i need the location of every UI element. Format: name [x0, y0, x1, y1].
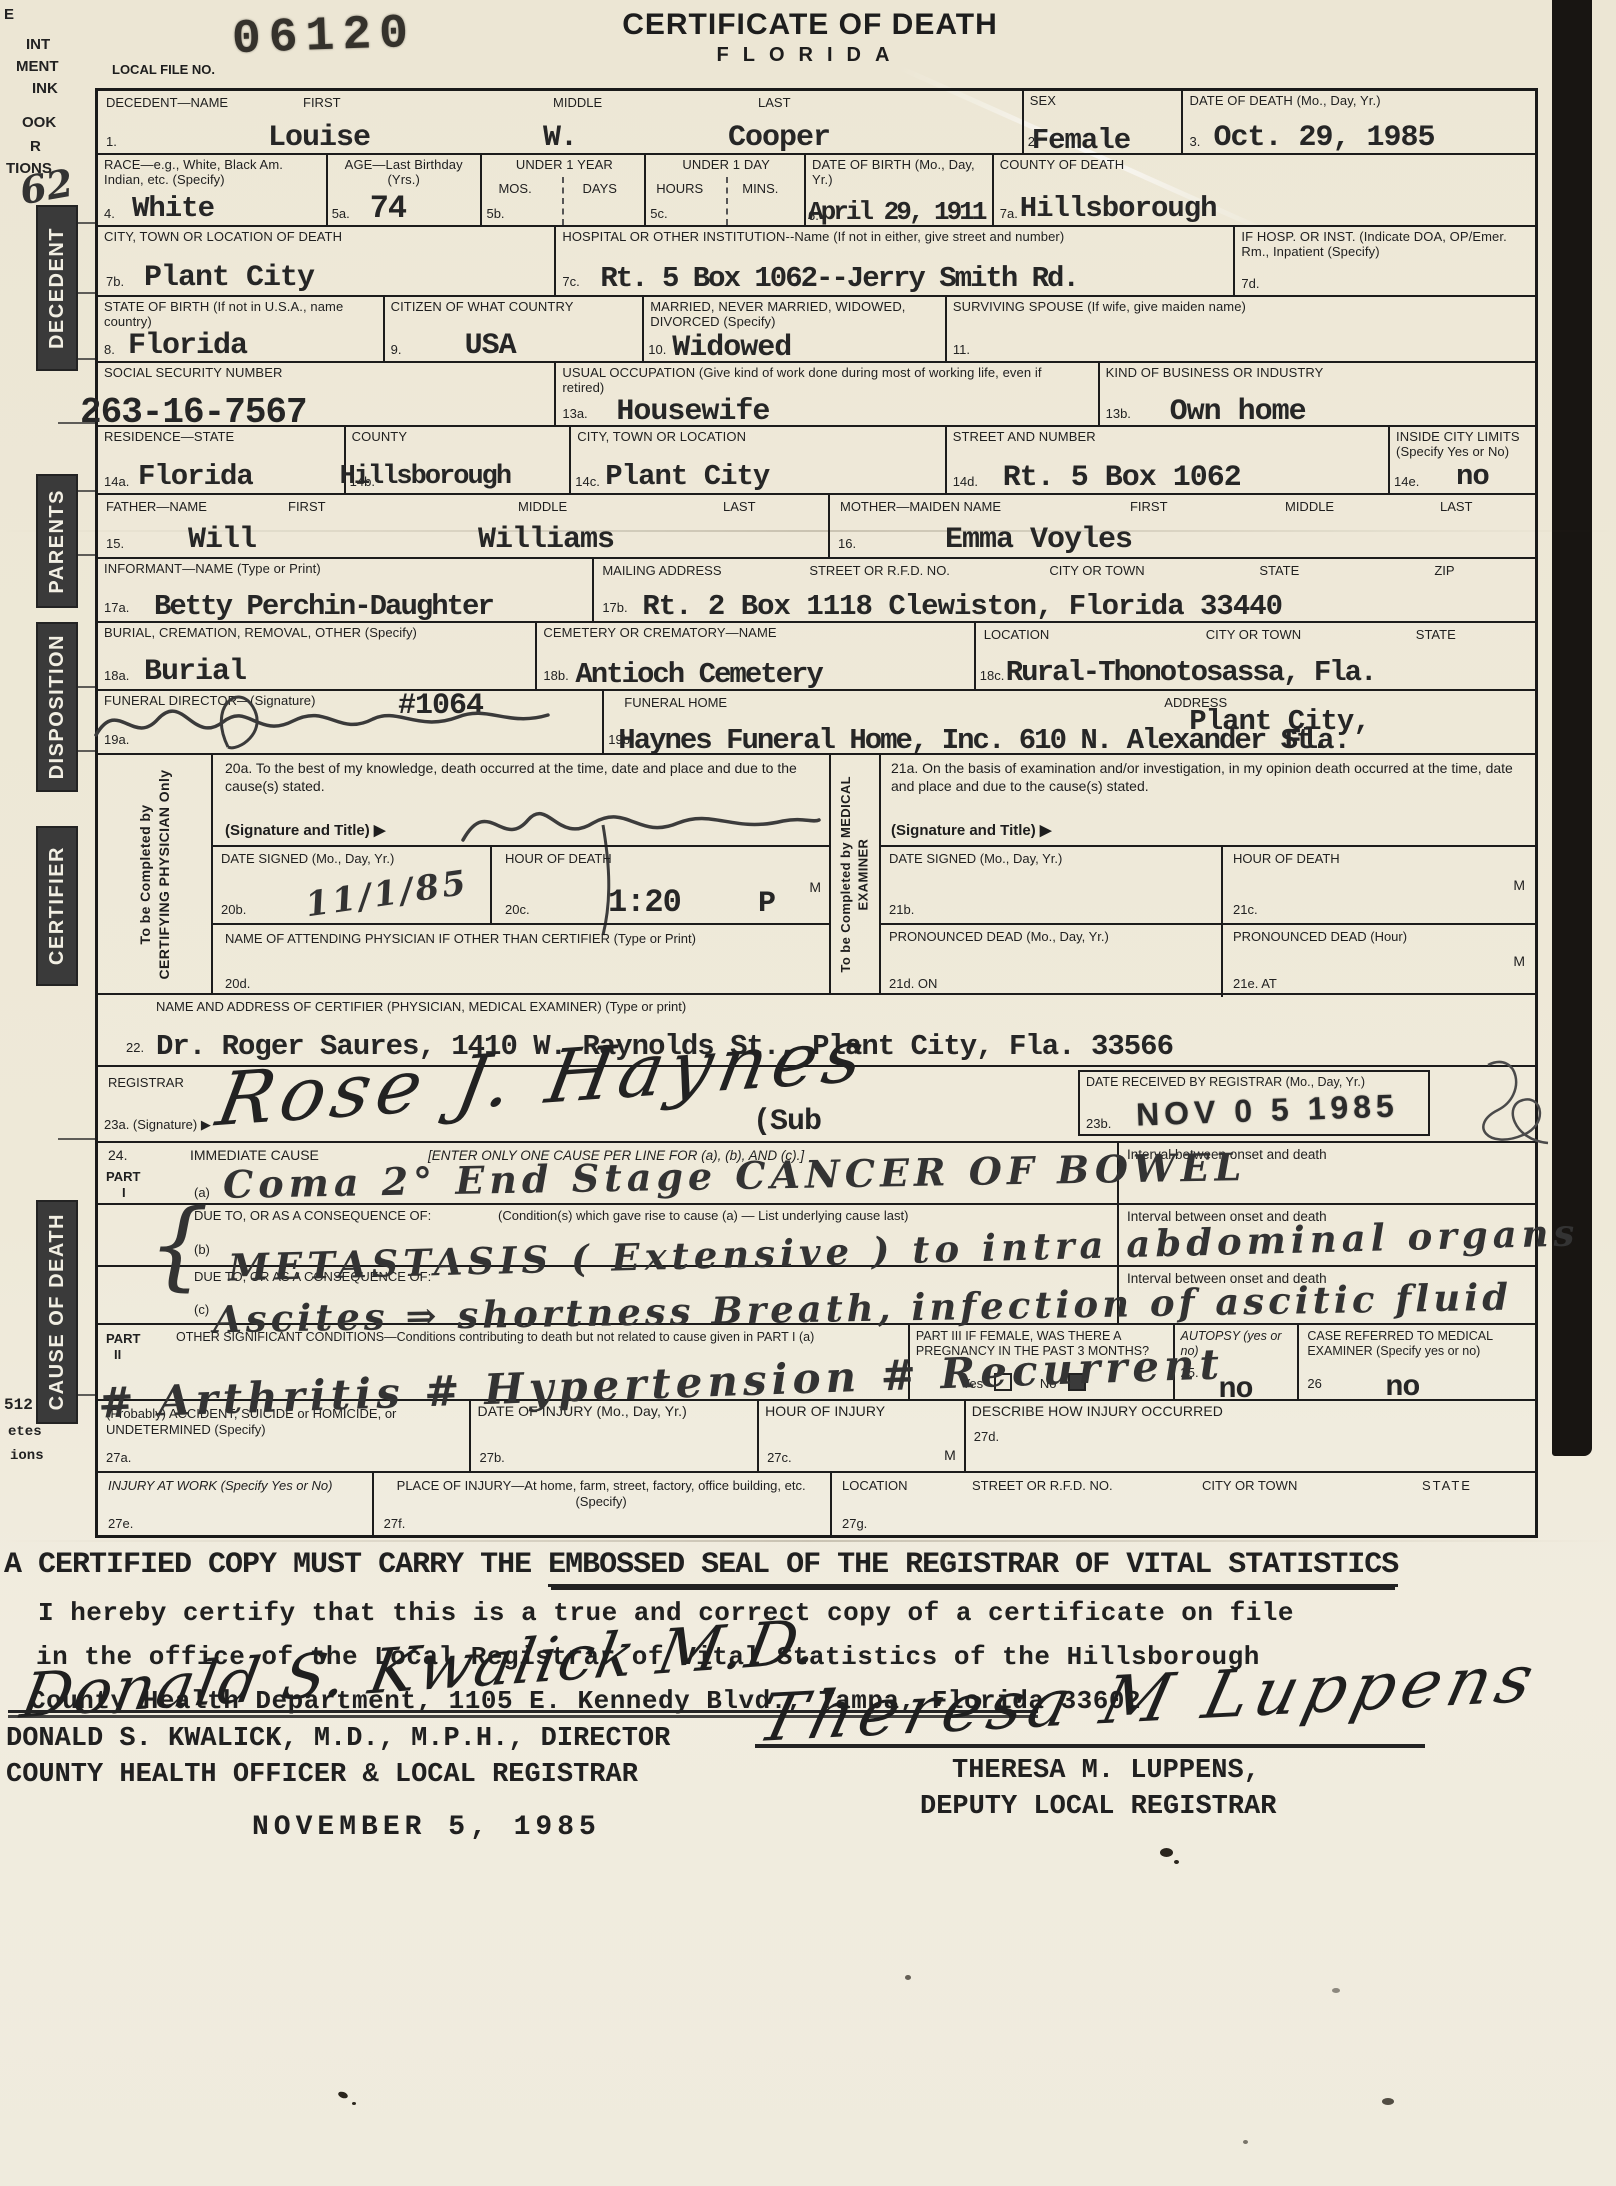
- value-last-name: Cooper: [728, 123, 830, 153]
- field-number: 21e. AT: [1233, 976, 1277, 991]
- label-m: M: [944, 1447, 956, 1463]
- section-badge-disposition: DISPOSITION: [36, 622, 78, 792]
- field-label: PLACE OF INJURY—At home, farm, street, f…: [384, 1478, 819, 1511]
- section-badge-certifier: CERTIFIER: [36, 826, 78, 986]
- field-injury-location: LOCATION STREET OR R.F.D. NO. CITY OR TO…: [830, 1473, 1535, 1535]
- field-label: CITY, TOWN OR LOCATION: [571, 427, 944, 445]
- value-state-of-birth: Florida: [128, 331, 247, 361]
- page-title: CERTIFICATE OF DEATH: [470, 8, 1150, 42]
- field-number: 27b.: [479, 1450, 504, 1465]
- margin-fragment: INK: [32, 80, 58, 97]
- field-date-of-death: DATE OF DEATH (Mo., Day, Yr.) 3. Oct. 29…: [1181, 91, 1535, 153]
- date-received-stamp: NOV 0 5 1985: [1135, 1087, 1399, 1133]
- value-date-of-death: Oct. 29, 1985: [1213, 123, 1434, 153]
- ink-speck: [352, 2102, 356, 2105]
- field-number: 14d.: [953, 474, 978, 489]
- value-residence-county: Hillsborough: [340, 464, 510, 491]
- sublabel-minutes: MINS.: [742, 181, 778, 196]
- field-number: 27a.: [106, 1450, 131, 1465]
- field-label: IF HOSP. OR INST. (Indicate DOA, OP/Emer…: [1235, 227, 1530, 259]
- field-label: LOCATION: [984, 627, 1050, 642]
- cell-divider: [1221, 847, 1223, 923]
- row-injury-2: INJURY AT WORK (Specify Yes or No) 27e. …: [98, 1471, 1535, 1535]
- section-badge-label: PARENTS: [46, 489, 69, 594]
- field-informant: INFORMANT—NAME (Type or Print) 17a. Bett…: [98, 559, 592, 621]
- value-age: 74: [370, 193, 406, 225]
- field-date-of-birth: DATE OF BIRTH (Mo., Day, Yr.) 6. April 2…: [804, 155, 992, 225]
- field-label: CEMETERY OR CREMATORY—NAME: [537, 623, 973, 641]
- field-number: 21b.: [889, 902, 914, 917]
- field-label: STREET AND NUMBER: [947, 427, 1388, 445]
- part-label: PART: [106, 1169, 140, 1184]
- luppens-signature-line: [755, 1744, 1425, 1748]
- sublabel-street: STREET OR R.F.D. NO.: [809, 563, 950, 578]
- field-label: INFORMANT—NAME (Type or Print): [98, 559, 592, 577]
- certificate-form: DECEDENT—NAME FIRST MIDDLE LAST 1. Louis…: [95, 88, 1538, 1538]
- sublabel-months: MOS.: [498, 181, 531, 196]
- field-label: UNDER 1 DAY: [646, 155, 804, 173]
- part-roman: II: [114, 1347, 121, 1362]
- sublabel-first: FIRST: [303, 95, 341, 110]
- sidebar-label: To be Completed by CERTIFYING PHYSICIAN …: [136, 760, 174, 988]
- margin-fragment: OOK: [22, 114, 56, 131]
- field-residence-county: COUNTY 14b. Hillsborough: [344, 427, 570, 493]
- field-city-of-death: CITY, TOWN OR LOCATION OF DEATH 7b. Plan…: [98, 227, 554, 295]
- field-under-1-year: UNDER 1 YEAR MOS. DAYS 5b.: [480, 155, 644, 225]
- field-industry: KIND OF BUSINESS OR INDUSTRY 13b. Own ho…: [1098, 363, 1535, 425]
- ink-speck: [905, 1975, 911, 1980]
- margin-fragment: etes: [8, 1424, 42, 1440]
- field-label: DATE OF DEATH (Mo., Day, Yr.): [1183, 91, 1535, 109]
- section-badge-label: CERTIFIER: [46, 846, 69, 965]
- field-number: 27e.: [108, 1516, 133, 1531]
- field-number: 1.: [106, 134, 117, 149]
- field-number: 3.: [1189, 134, 1200, 149]
- field-funeral-director: FUNERAL DIRECTOR—(Signature) 19a. #1064: [98, 691, 602, 753]
- field-age: AGE—Last Birthday (Yrs.) 5a. 74: [326, 155, 481, 225]
- field-label: STATE OF BIRTH (If not in U.S.A., name c…: [98, 297, 358, 329]
- certified-copy-heading: A CERTIFIED COPY MUST CARRY THE EMBOSSED…: [4, 1548, 1398, 1582]
- field-label: HOUR OF DEATH: [505, 851, 612, 866]
- field-number: 17a.: [104, 600, 129, 615]
- value-middle-name: W.: [543, 123, 577, 153]
- column-divider: [726, 177, 728, 225]
- sublabel-first: FIRST: [288, 499, 326, 514]
- row-registrar: REGISTRAR 23a. (Signature) ▶ Rose J. Hay…: [98, 1065, 1535, 1141]
- cell-divider: [490, 847, 492, 923]
- column-divider: [562, 177, 564, 225]
- row-informant: INFORMANT—NAME (Type or Print) 17a. Bett…: [98, 557, 1535, 621]
- field-inside-city-limits: INSIDE CITY LIMITS (Specify Yes or No) 1…: [1388, 427, 1535, 493]
- handwritten-brace: {: [148, 1197, 209, 1293]
- value-hour-of-death: 1:20: [608, 887, 681, 919]
- field-label: NAME OF ATTENDING PHYSICIAN IF OTHER THA…: [225, 931, 805, 946]
- field-label: KIND OF BUSINESS OR INDUSTRY: [1100, 363, 1535, 381]
- field-number: 8.: [104, 342, 115, 357]
- field-label: RESIDENCE—STATE: [98, 427, 344, 445]
- ink-speck: [1174, 1860, 1179, 1864]
- margin-handwritten-number: 62: [17, 164, 76, 211]
- funeral-director-signature: [88, 677, 588, 757]
- field-label: DATE OF BIRTH (Mo., Day, Yr.): [806, 155, 986, 187]
- value-hospital: Rt. 5 Box 1062--Jerry Smith Rd.: [600, 264, 1078, 293]
- label-m: M: [1513, 953, 1525, 969]
- row-residence: RESIDENCE—STATE 14a. Florida COUNTY 14b.…: [98, 425, 1535, 493]
- sublabel-days: DAYS: [582, 181, 616, 196]
- part-roman: I: [122, 1185, 126, 1200]
- field-label: HOUR OF INJURY: [759, 1401, 964, 1420]
- margin-fragment: MENT: [16, 58, 59, 75]
- value-marital-status: Widowed: [672, 333, 791, 363]
- kwalick-name-line: DONALD S. KWALICK, M.D., M.P.H., DIRECTO…: [6, 1724, 670, 1754]
- line-tag-c: (c): [194, 1302, 209, 1317]
- physician-date-hour: DATE SIGNED (Mo., Day, Yr.) 20b. 11/1/85…: [213, 845, 829, 923]
- value-mailing-address: Rt. 2 Box 1118 Clewiston, Florida 33440: [642, 592, 1282, 621]
- field-number: 22.: [126, 1040, 144, 1055]
- signature-title-label: (Signature and Title) ▶: [891, 821, 1051, 839]
- field-county-of-death: COUNTY OF DEATH 7a. Hillsborough: [992, 155, 1535, 225]
- section-badge-label: CAUSE OF DEATH: [46, 1213, 69, 1410]
- sublabel-middle: MIDDLE: [553, 95, 602, 110]
- sublabel-middle: MIDDLE: [518, 499, 567, 514]
- sublabel-first: FIRST: [1130, 499, 1168, 514]
- field-cemetery: CEMETERY OR CREMATORY—NAME 18b. Antioch …: [535, 623, 973, 689]
- field-label: SOCIAL SECURITY NUMBER: [98, 363, 554, 381]
- field-mother-name: MOTHER—MAIDEN NAME FIRST MIDDLE LAST 16.…: [828, 495, 1535, 557]
- margin-fragment: R: [30, 138, 41, 155]
- value-citizen: USA: [465, 331, 516, 361]
- value-mother-name: Emma Voyles: [945, 525, 1132, 555]
- field-funeral-home: FUNERAL HOME ADDRESS 19b. Haynes Funeral…: [602, 691, 1535, 753]
- sublabel-last: LAST: [723, 499, 756, 514]
- row-funeral: FUNERAL DIRECTOR—(Signature) 19a. #1064 …: [98, 689, 1535, 753]
- value-funeral-home-state: Fla.: [1284, 726, 1350, 755]
- field-number: 23b.: [1086, 1116, 1111, 1131]
- attestation-text: 21a. On the basis of examination and/or …: [891, 760, 1521, 795]
- margin-fragment: ions: [10, 1448, 44, 1464]
- sublabel-city: CITY OR TOWN: [1206, 627, 1301, 642]
- value-cemetery: Antioch Cemetery: [575, 660, 821, 689]
- field-immediate-cause: 24. IMMEDIATE CAUSE [ENTER ONLY ONE CAUS…: [98, 1143, 1117, 1203]
- kwalick-title-line: COUNTY HEALTH OFFICER & LOCAL REGISTRAR: [6, 1760, 638, 1790]
- row-parents: FATHER—NAME FIRST MIDDLE LAST 15. Will W…: [98, 493, 1535, 557]
- value-sex: Female: [1032, 126, 1130, 155]
- section-badge-cause-of-death: CAUSE OF DEATH: [36, 1200, 78, 1424]
- title-block: CERTIFICATE OF DEATH FLORIDA: [470, 8, 1150, 67]
- value-residence-street: Rt. 5 Box 1062: [1003, 463, 1241, 493]
- examiner-date-hour: DATE SIGNED (Mo., Day, Yr.) 21b. HOUR OF…: [881, 845, 1535, 923]
- field-label: DECEDENT—NAME: [106, 95, 228, 110]
- sublabel-last: LAST: [758, 95, 791, 110]
- field-number: 11.: [953, 342, 970, 357]
- field-number: 5b.: [486, 206, 504, 221]
- physician-attestation: 20a. To the best of my knowledge, death …: [213, 755, 829, 845]
- value-informant: Betty Perchin-Daughter: [154, 592, 493, 621]
- ink-speck: [1160, 1848, 1173, 1857]
- value-city-of-death: Plant City: [144, 263, 314, 293]
- field-label: HOUR OF DEATH: [1233, 851, 1340, 866]
- field-number: 20b.: [221, 902, 246, 917]
- section-badge-parents: PARENTS: [36, 474, 78, 608]
- field-hospital: HOSPITAL OR OTHER INSTITUTION--Name (If …: [554, 227, 1233, 295]
- row-cause-a: 24. IMMEDIATE CAUSE [ENTER ONLY ONE CAUS…: [98, 1141, 1535, 1203]
- field-label: DUE TO, OR AS A CONSEQUENCE OF:: [194, 1208, 431, 1223]
- field-number: 27f.: [384, 1516, 406, 1531]
- medical-examiner-block: 21a. On the basis of examination and/or …: [879, 755, 1535, 993]
- field-number: 14c.: [575, 474, 600, 489]
- row-cause-b: { DUE TO, OR AS A CONSEQUENCE OF: (Condi…: [98, 1203, 1535, 1265]
- field-label: SEX: [1024, 91, 1182, 109]
- field-number: 14a.: [104, 474, 129, 489]
- field-occupation: USUAL OCCUPATION (Give kind of work done…: [554, 363, 1097, 425]
- field-note: (Condition(s) which gave rise to cause (…: [498, 1208, 908, 1223]
- field-father-name: FATHER—NAME FIRST MIDDLE LAST 15. Will W…: [98, 495, 828, 557]
- field-number: 13a.: [562, 406, 587, 421]
- field-number: 17b.: [602, 600, 627, 615]
- field-label: LOCATION: [842, 1478, 908, 1493]
- heading-underlined: EMBOSSED SEAL OF THE REGISTRAR OF VITAL …: [548, 1548, 1398, 1587]
- field-cause-b: { DUE TO, OR AS A CONSEQUENCE OF: (Condi…: [98, 1205, 1117, 1265]
- cell-divider: [1221, 925, 1223, 997]
- field-label: AGE—Last Birthday (Yrs.): [328, 155, 478, 187]
- field-label: CASE REFERRED TO MEDICAL EXAMINER (Speci…: [1307, 1329, 1527, 1359]
- value-cemetery-location: Rural-Thonotosassa, Fla.: [1006, 658, 1376, 687]
- value-inside-city-limits: no: [1456, 462, 1489, 491]
- value-father-middle: Williams: [478, 525, 614, 555]
- examiner-pronounced-dead: PRONOUNCED DEAD (Mo., Day, Yr.) 21d. ON …: [881, 923, 1535, 997]
- row-ssn-occupation: SOCIAL SECURITY NUMBER 263-16-7567 USUAL…: [98, 361, 1535, 425]
- certifying-physician-sidebar: To be Completed by CERTIFYING PHYSICIAN …: [98, 755, 211, 993]
- ink-speck: [1243, 2140, 1248, 2144]
- sidebar-label: To be Completed by MEDICAL EXAMINER: [837, 760, 872, 988]
- field-number: 7b.: [106, 274, 124, 289]
- field-number: 10.: [648, 342, 666, 357]
- field-label: UNDER 1 YEAR: [482, 155, 644, 173]
- field-label: USUAL OCCUPATION (Give kind of work done…: [556, 363, 1066, 395]
- sublabel-zip: ZIP: [1434, 563, 1454, 578]
- field-residence-state: RESIDENCE—STATE 14a. Florida: [98, 427, 344, 493]
- value-residence-state: Florida: [138, 462, 253, 491]
- field-number: 21c.: [1233, 902, 1258, 917]
- field-label: SURVIVING SPOUSE (If wife, give maiden n…: [947, 297, 1535, 315]
- value-date-of-birth: April 29, 1911: [808, 199, 984, 225]
- field-number: 13b.: [1106, 406, 1131, 421]
- date-received-box: DATE RECEIVED BY REGISTRAR (Mo., Day, Yr…: [1078, 1070, 1430, 1136]
- row-birth-citizen-marital: STATE OF BIRTH (If not in U.S.A., name c…: [98, 295, 1535, 361]
- field-label: COUNTY: [346, 427, 570, 445]
- sublabel-last: LAST: [1440, 499, 1473, 514]
- field-place-of-injury: PLACE OF INJURY—At home, farm, street, f…: [372, 1473, 830, 1535]
- sublabel-state: STATE: [1422, 1478, 1472, 1493]
- field-injury-at-work: INJURY AT WORK (Specify Yes or No) 27e.: [98, 1473, 372, 1535]
- field-number: 4.: [104, 206, 115, 221]
- sublabel-middle: MIDDLE: [1285, 499, 1334, 514]
- value-hour-pm: P: [758, 889, 775, 919]
- field-number: 24.: [108, 1147, 127, 1163]
- sublabel-state: STATE: [1416, 627, 1456, 642]
- field-race: RACE—e.g., White, Black Am. Indian, etc.…: [98, 155, 326, 225]
- sublabel-hours: HOURS: [656, 181, 703, 196]
- death-certificate-scan: E INT MENT INK OOK R TIONS 62 512. etes …: [0, 0, 1616, 2186]
- field-marital-status: MARRIED, NEVER MARRIED, WIDOWED, DIVORCE…: [642, 297, 945, 361]
- crease-line: [0, 1540, 1616, 1542]
- examiner-attestation: 21a. On the basis of examination and/or …: [881, 755, 1535, 845]
- field-label: DESCRIBE HOW INJURY OCCURRED: [966, 1401, 1535, 1420]
- section-badge-label: DECEDENT: [46, 227, 69, 349]
- field-surviving-spouse: SURVIVING SPOUSE (If wife, give maiden n…: [945, 297, 1535, 361]
- field-number: 7c.: [562, 274, 579, 289]
- section-badge-decedent: DECEDENT: [36, 205, 78, 371]
- field-number: 7d.: [1241, 276, 1259, 291]
- field-label: MAILING ADDRESS: [602, 563, 721, 578]
- value-residence-city: Plant City: [605, 462, 769, 491]
- field-if-hosp-or-inst: IF HOSP. OR INST. (Indicate DOA, OP/Emer…: [1233, 227, 1535, 295]
- field-number: 20c.: [505, 902, 530, 917]
- field-number: 21d. ON: [889, 976, 937, 991]
- luppens-title-line: DEPUTY LOCAL REGISTRAR: [920, 1792, 1276, 1822]
- sublabel-city: CITY OR TOWN: [1202, 1478, 1297, 1493]
- field-under-1-day: UNDER 1 DAY HOURS MINS. 5c.: [644, 155, 804, 225]
- field-label: PRONOUNCED DEAD (Mo., Day, Yr.): [889, 929, 1109, 944]
- local-file-label: LOCAL FILE NO.: [112, 62, 215, 77]
- field-label: FUNERAL HOME: [624, 695, 727, 710]
- field-number: 20d.: [225, 976, 250, 991]
- field-label: REGISTRAR: [108, 1075, 184, 1090]
- field-label: INSIDE CITY LIMITS (Specify Yes or No): [1390, 427, 1535, 459]
- field-number: 27c.: [767, 1450, 792, 1465]
- heading-text: A CERTIFIED COPY MUST CARRY THE: [4, 1548, 548, 1582]
- registrar-sub-note: (Sub: [753, 1107, 821, 1137]
- row-certifier: To be Completed by CERTIFYING PHYSICIAN …: [98, 753, 1535, 993]
- field-mailing-address: MAILING ADDRESS STREET OR R.F.D. NO. CIT…: [592, 559, 1535, 621]
- ink-speck: [1382, 2098, 1394, 2105]
- field-label: DATE RECEIVED BY REGISTRAR (Mo., Day, Yr…: [1086, 1075, 1365, 1089]
- field-sex: SEX 2. Female: [1022, 91, 1182, 153]
- value-industry: Own home: [1170, 397, 1306, 427]
- attending-physician: NAME OF ATTENDING PHYSICIAN IF OTHER THA…: [213, 923, 829, 997]
- row-race-age-dob: RACE—e.g., White, Black Am. Indian, etc.…: [98, 153, 1535, 225]
- field-number: 27d.: [974, 1429, 999, 1444]
- field-label: PRONOUNCED DEAD (Hour): [1233, 929, 1407, 944]
- registrar-flourish: [1428, 1055, 1568, 1155]
- field-number: 27g.: [842, 1516, 867, 1531]
- field-label: NAME AND ADDRESS OF CERTIFIER (PHYSICIAN…: [156, 999, 686, 1014]
- field-number: 14e.: [1394, 474, 1419, 489]
- field-label: FATHER—NAME: [106, 499, 207, 514]
- label-m: M: [1513, 877, 1525, 893]
- luppens-name-line: THERESA M. LUPPENS,: [952, 1756, 1260, 1786]
- field-ssn: SOCIAL SECURITY NUMBER 263-16-7567: [98, 363, 554, 425]
- value-occupation: Housewife: [616, 397, 769, 427]
- part-label: PART: [106, 1331, 140, 1346]
- certifying-physician-block: 20a. To the best of my knowledge, death …: [211, 755, 829, 993]
- page-subtitle: FLORIDA: [470, 44, 1150, 67]
- value-date-signed: 11/1/85: [303, 866, 470, 923]
- field-referred-to-examiner: CASE REFERRED TO MEDICAL EXAMINER (Speci…: [1297, 1325, 1535, 1399]
- row-place-of-death: CITY, TOWN OR LOCATION OF DEATH 7b. Plan…: [98, 225, 1535, 295]
- file-number-stamp: 06120: [231, 7, 417, 67]
- field-number: 15.: [106, 536, 124, 551]
- field-state-of-birth: STATE OF BIRTH (If not in U.S.A., name c…: [98, 297, 383, 361]
- row-decedent-name: DECEDENT—NAME FIRST MIDDLE LAST 1. Louis…: [98, 91, 1535, 153]
- field-label: BURIAL, CREMATION, REMOVAL, OTHER (Speci…: [98, 623, 535, 641]
- field-label: MARRIED, NEVER MARRIED, WIDOWED, DIVORCE…: [644, 297, 934, 329]
- margin-fragment: E: [4, 6, 14, 23]
- field-label: COUNTY OF DEATH: [994, 155, 1535, 173]
- field-number: 9.: [391, 342, 402, 357]
- field-label: CITY, TOWN OR LOCATION OF DEATH: [98, 227, 554, 245]
- sublabel-street: STREET OR R.F.D. NO.: [972, 1478, 1113, 1493]
- field-label: RACE—e.g., White, Black Am. Indian, etc.…: [98, 155, 318, 187]
- margin-tick: [58, 1138, 95, 1140]
- field-label: DATE SIGNED (Mo., Day, Yr.): [889, 851, 1062, 866]
- medical-examiner-sidebar: To be Completed by MEDICAL EXAMINER: [829, 755, 879, 993]
- certification-date: NOVEMBER 5, 1985: [252, 1812, 601, 1843]
- field-cemetery-location: LOCATION CITY OR TOWN STATE 18c. Rural-T…: [974, 623, 1535, 689]
- sublabel-state: STATE: [1259, 563, 1299, 578]
- field-decedent-name: DECEDENT—NAME FIRST MIDDLE LAST 1. Louis…: [98, 91, 1022, 153]
- value-race: White: [132, 194, 214, 223]
- label-m: M: [809, 879, 821, 895]
- field-number: 26: [1307, 1376, 1321, 1391]
- value-father-first: Will: [188, 525, 256, 555]
- field-citizen-country: CITIZEN OF WHAT COUNTRY 9. USA: [383, 297, 643, 361]
- field-registrar: REGISTRAR 23a. (Signature) ▶ Rose J. Hay…: [98, 1067, 1535, 1141]
- field-number: 23a. (Signature) ▶: [104, 1117, 211, 1133]
- ink-speck: [337, 2090, 348, 2099]
- field-label: MOTHER—MAIDEN NAME: [840, 499, 1001, 514]
- field-number: 16.: [838, 536, 856, 551]
- field-residence-street: STREET AND NUMBER 14d. Rt. 5 Box 1062: [945, 427, 1388, 493]
- value-county-of-death: Hillsborough: [1020, 194, 1217, 223]
- field-label: HOSPITAL OR OTHER INSTITUTION--Name (If …: [556, 227, 1216, 245]
- field-label: INJURY AT WORK (Specify Yes or No): [108, 1478, 358, 1494]
- margin-fragment: INT: [26, 36, 50, 53]
- ink-speck: [1332, 1988, 1340, 1993]
- field-label: DATE SIGNED (Mo., Day, Yr.): [221, 851, 394, 866]
- field-number: 5c.: [650, 206, 667, 221]
- value-cause-a: Coma 2° End Stage CANCER OF BOWEL: [223, 1148, 1247, 1204]
- value-first-name: Louise: [268, 123, 370, 153]
- section-badge-label: DISPOSITION: [46, 634, 69, 779]
- field-hour-of-injury: HOUR OF INJURY 27c. M: [757, 1401, 964, 1471]
- field-residence-city: CITY, TOWN OR LOCATION 14c. Plant City: [569, 427, 944, 493]
- field-number: 18c.: [980, 668, 1005, 683]
- signature-title-label: (Signature and Title) ▶: [225, 821, 385, 839]
- field-label: CITIZEN OF WHAT COUNTRY: [385, 297, 643, 315]
- sublabel-city: CITY OR TOWN: [1049, 563, 1144, 578]
- field-number: 7a.: [1000, 206, 1018, 221]
- field-number: 5a.: [332, 206, 350, 221]
- field-describe-injury: DESCRIBE HOW INJURY OCCURRED 27d.: [964, 1401, 1535, 1471]
